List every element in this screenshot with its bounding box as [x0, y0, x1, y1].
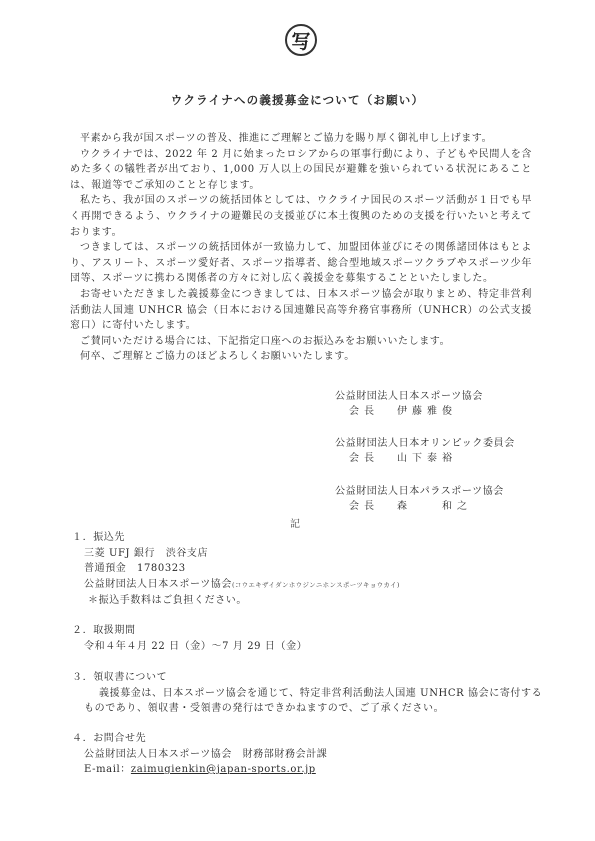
account-holder: 公益財団法人日本スポーツ協会(コウエキザイダンホウジンニホンスポーツキョウカイ) [84, 577, 400, 594]
section-heading: １．振込先 [72, 530, 400, 546]
signatory-joc: 公益財団法人日本オリンピック委員会 会長山下泰裕 [335, 436, 515, 466]
signatory-org: 公益財団法人日本スポーツ協会 [335, 389, 483, 404]
paragraph-greeting: 平素から我が国スポーツの普及、推進にご理解とご協力を賜り厚く御礼申し上げます。 [70, 131, 532, 147]
signatory-org: 公益財団法人日本オリンピック委員会 [335, 436, 515, 451]
ki-mark: 記 [290, 515, 300, 530]
paragraph-intent: 私たち、我が国のスポーツの統括団体としては、ウクライナ国民のスポーツ活動が１日で… [70, 193, 532, 240]
section-receipt: ３．領収書について 義援募金は、日本スポーツ協会を通じて、特定非営利活動法人国連… [72, 670, 544, 717]
document-title: ウクライナへの義援募金について（お願い） [0, 92, 595, 108]
signatory-role: 会長 [335, 501, 379, 512]
copy-stamp-icon: 写 [285, 24, 317, 56]
paragraph-request: ご賛同いただける場合には、下記指定口座へのお振込みをお願いいたします。 [70, 334, 532, 350]
signatory-name: 山下泰裕 [397, 453, 457, 464]
receipt-text: 義援募金は、日本スポーツ協会を通じて、特定非営利活動法人国連 UNHCR 協会に… [84, 686, 544, 717]
signatory-jspo: 公益財団法人日本スポーツ協会 会長伊藤雅俊 [335, 389, 483, 419]
signatory-role: 会長 [335, 406, 379, 417]
section-heading: ４．お問合せ先 [72, 731, 327, 747]
section-heading: ２．取扱期間 [72, 623, 307, 639]
fee-note: ＊振込手数料はご負担ください。 [88, 593, 400, 609]
email-link[interactable]: zaimugienkin@japan-sports.or.jp [131, 764, 316, 775]
period-dates: 令和４年４月 22 日（金）～7 月 29 日（金） [84, 639, 307, 655]
signatory-name: 伊藤雅俊 [397, 406, 457, 417]
contact-org: 公益財団法人日本スポーツ協会 財務部財務会計課 [84, 747, 327, 763]
paragraph-situation: ウクライナでは、2022 年 2 月に始まったロシアからの軍事行動により、子ども… [70, 147, 532, 194]
paragraph-donation-use: お寄せいただきました義援募金につきましては、日本スポーツ協会が取りまとめ、特定非… [70, 287, 532, 334]
section-period: ２．取扱期間 令和４年４月 22 日（金）～7 月 29 日（金） [72, 623, 307, 654]
paragraph-fundraising: つきましては、スポーツの統括団体が一致協力して、加盟団体並びにその関係諸団体はも… [70, 240, 532, 287]
signatory-role: 会長 [335, 453, 379, 464]
letter-body: 平素から我が国スポーツの普及、推進にご理解とご協力を賜り厚く御礼申し上げます。 … [70, 131, 532, 365]
signatory-name: 森 和之 [397, 501, 472, 512]
paragraph-closing: 何卒、ご理解とご協力のほどよろしくお願いいたします。 [70, 349, 532, 365]
contact-email-row: E-mail：zaimugienkin@japan-sports.or.jp [84, 762, 327, 778]
section-contact: ４．お問合せ先 公益財団法人日本スポーツ協会 財務部財務会計課 E-mail：z… [72, 731, 327, 778]
signatory-jpsa: 公益財団法人日本パラスポーツ協会 会長森 和之 [335, 484, 504, 514]
section-heading: ３．領収書について [72, 670, 544, 686]
bank-name: 三菱 UFJ 銀行 渋谷支店 [84, 546, 400, 562]
section-transfer: １．振込先 三菱 UFJ 銀行 渋谷支店 普通預金 1780323 公益財団法人… [72, 530, 400, 609]
signatory-org: 公益財団法人日本パラスポーツ協会 [335, 484, 504, 499]
email-label: E-mail： [84, 764, 131, 775]
account-holder-kana: (コウエキザイダンホウジンニホンスポーツキョウカイ) [232, 581, 400, 589]
account-number: 普通預金 1780323 [84, 561, 400, 577]
